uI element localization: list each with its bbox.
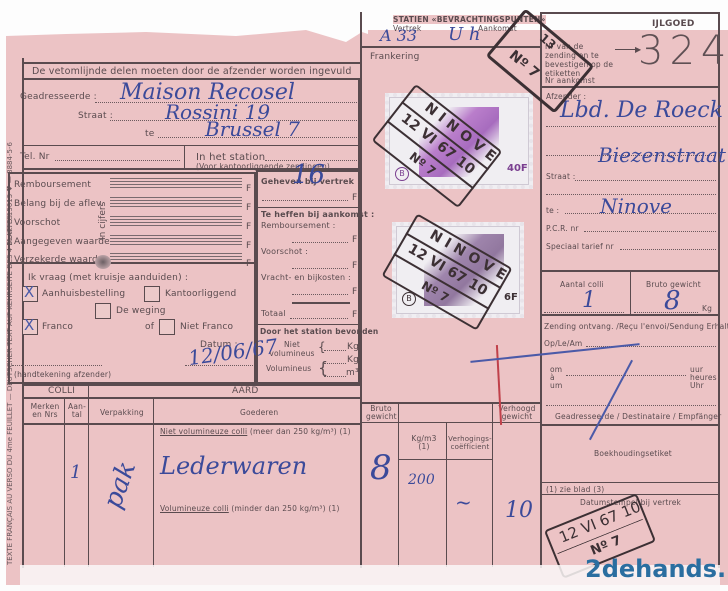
niet-volumineus-label: Niet volumineus: [268, 340, 316, 358]
in-cijfers-label: In cijfers: [98, 202, 108, 240]
consignment-number: 324: [638, 28, 728, 74]
geadresseerde-sign-line: [546, 405, 716, 406]
vertrek-value: A 33: [380, 26, 417, 45]
check-mark-icon: X: [24, 316, 34, 334]
sender-te-value: Ninove: [600, 194, 672, 218]
col-verpakking: Verpakking: [100, 408, 144, 417]
totaal-line: [290, 318, 348, 319]
verhoogd-value: 10: [505, 498, 533, 523]
aanhuisbestelling-label: Aanhuisbestelling: [42, 289, 125, 299]
datum-line: [185, 365, 253, 366]
kg-unit-1: Kg: [347, 342, 359, 352]
totaal-label: Totaal: [261, 309, 286, 318]
tel-label: Tel. Nr: [20, 152, 50, 162]
tel-divider: [184, 145, 185, 170]
total-rule: [292, 302, 350, 304]
kgm3-header-line: [398, 459, 492, 460]
footnote-label: (1) zie blad (3): [546, 485, 604, 494]
bruto-value: 8: [370, 448, 392, 488]
kantoorliggend-checkbox[interactable]: [144, 286, 160, 302]
geheven-line: [262, 200, 348, 201]
colli-weight-divider: [630, 272, 631, 316]
amount-label-voorschot: Voorschot: [14, 218, 60, 228]
col-merken: Merken en Nrs: [28, 403, 62, 419]
sender-straat-line: [575, 180, 716, 181]
watermark-logo: 2dehands.be: [585, 555, 728, 583]
volumineuze-label: Volumineuze colli: [160, 504, 229, 513]
om-line: [566, 375, 686, 376]
top-right-line: [540, 12, 720, 14]
rembourse-line: [292, 242, 348, 243]
middle-divider: [360, 12, 362, 568]
coefficient-value: ~: [455, 490, 472, 514]
vracht-line: [292, 294, 348, 295]
weights-header-line: [360, 422, 540, 423]
afzender-value: Lbd. De Roeck: [560, 98, 723, 123]
amount-lines-3: [110, 216, 242, 228]
currency-f-4: F: [246, 241, 251, 251]
col-coefficient: Verhogings-coëfficient: [448, 435, 492, 451]
volumineus-m3-line: [324, 376, 346, 377]
niet-franco-checkbox[interactable]: [159, 319, 175, 335]
signature-label: (handtekening afzender): [14, 370, 111, 379]
franco-checkbox[interactable]: X: [22, 319, 38, 335]
zending-label: Zending ontvang. /Reçu l'envoi/Sendung E…: [544, 322, 728, 331]
niet-volumineuze-note: (meer dan 250 kg/m³) (1): [250, 427, 351, 436]
currency-f-rembourse: F: [352, 235, 357, 245]
pcr-line: [584, 231, 716, 232]
currency-f-totaal: F: [352, 310, 357, 320]
straat-label: Straat :: [78, 111, 113, 121]
header-line: [22, 62, 360, 64]
stamp-value-6f: 6F: [504, 292, 518, 303]
receipt-geadresseerde-label: Geadresseerde / Destinataire / Empfänger: [555, 412, 721, 421]
col-divider-2: [88, 397, 89, 567]
niet-volumineus-line: [324, 350, 346, 351]
currency-f-2: F: [246, 203, 251, 213]
aantal-colli-line: [544, 312, 624, 313]
amount-label-rembours: Remboursement: [14, 180, 91, 190]
weging-checkbox[interactable]: [95, 303, 111, 319]
col-divider-3: [153, 397, 154, 567]
niet-franco-label: Niet Franco: [180, 322, 233, 332]
kg-unit-2: Kg: [347, 355, 359, 365]
kantoorliggend-label: Kantoorliggend: [165, 289, 236, 299]
signature-line: [12, 365, 102, 366]
volumineus-kg-line: [324, 363, 346, 364]
col-aantal: Aan-tal: [67, 403, 87, 419]
sender-straat-label: Straat :: [546, 172, 575, 181]
currency-f-voorschot: F: [352, 261, 357, 271]
op-label: Op/Le/Am: [544, 339, 582, 348]
tel-line: [55, 160, 180, 161]
col-verhoogd: Verhoogd gewicht: [498, 405, 536, 421]
currency-f-vracht: F: [352, 287, 357, 297]
aantal-value: 1: [70, 462, 81, 483]
colli-aard-divider: [88, 384, 89, 397]
col-kgm3: Kg/m3 (1): [410, 435, 438, 451]
weights-divider-1: [398, 402, 399, 567]
kg-unit-sender: Kg: [702, 304, 712, 313]
m3-unit: m³: [346, 368, 359, 378]
amount-lines-2: [110, 197, 242, 209]
speciaal-tarief-label: Speciaal tarief nr: [546, 242, 614, 251]
geadresseerde-label: Geadresseerde :: [20, 92, 97, 102]
colli-header: COLLI: [48, 386, 75, 396]
charges-divider-2: [256, 324, 360, 325]
afzender-line: [546, 126, 716, 127]
voorschot-charge-label: Voorschot :: [261, 247, 308, 256]
kgm3-value: 200: [408, 472, 435, 488]
amount-label-aangegeven: Aangegeven waarde: [14, 237, 110, 247]
col-goederen: Goederen: [240, 408, 278, 417]
geheven-value: 16: [292, 160, 325, 190]
charges-divider-1: [256, 207, 360, 208]
weights-divider-3: [492, 402, 493, 567]
rembourse-label: Rembourse­ment :: [261, 221, 336, 230]
speciaal-tarief-line: [620, 249, 716, 250]
goods-subheader-line: [22, 423, 360, 425]
vracht-label: Vracht- en bijkosten :: [261, 273, 351, 282]
aanhuisbestelling-checkbox[interactable]: X: [22, 286, 38, 302]
uur-label: uur heures Uhr: [690, 366, 717, 390]
pcr-label: P.C.R. nr: [546, 224, 579, 233]
frankering-label: Frankering: [370, 52, 420, 62]
amount-label-belang: Belang bij de aflev.: [14, 199, 104, 209]
tel-line-top: [22, 145, 360, 146]
volumineuze-note: (minder dan 250 kg/m³) (1): [231, 504, 339, 513]
amount-lines-4: [110, 235, 242, 247]
sender-te-label: te :: [546, 206, 559, 215]
volumineus-label: Volumineus: [266, 364, 311, 373]
te-heffen-label: Te heffen bij aankomst :: [261, 210, 374, 219]
volumineuze-row: Volumineuze colli (minder dan 250 kg/m³)…: [160, 504, 340, 513]
of-label: of: [145, 322, 154, 332]
aantal-colli-value: 1: [582, 288, 596, 313]
aard-header: AARD: [232, 386, 259, 396]
request-label: Ik vraag (met kruisje aanduiden) :: [28, 273, 188, 283]
notice-text: De vetomlijnde delen moeten door de afze…: [32, 66, 352, 77]
sender-straat-value: Biezenstraat 21: [598, 143, 728, 167]
weights-divider-2: [446, 422, 447, 567]
niet-volumineuze-label: Niet volumineuze colli: [160, 427, 247, 436]
goederen-value: Lederwaren: [160, 452, 307, 480]
goods-header-line: [22, 397, 360, 399]
receipt-divider: [540, 424, 720, 426]
om-label: om à um: [550, 366, 562, 390]
footnote-top-line: [540, 482, 720, 483]
weging-label: De weging: [116, 306, 166, 316]
currency-f-geheven: F: [352, 193, 357, 203]
arrow-right-icon: ▶: [635, 45, 641, 54]
te-label: te: [145, 129, 154, 139]
consignment-note: Mont. 5-15015 ♥ — 8884-5-6 TEXTE FRANÇAI…: [0, 0, 728, 591]
col-bruto: Bruto gewicht: [366, 405, 396, 421]
amount-lines-1: [110, 178, 242, 190]
boekhouding-label: Boekhoudingsetiket: [594, 449, 672, 458]
currency-f-1: F: [246, 184, 251, 194]
currency-f-3: F: [246, 222, 251, 232]
belgium-emblem-icon: B: [395, 167, 409, 181]
aankomst-value: U h: [448, 24, 480, 45]
check-mark-icon: X: [24, 283, 34, 301]
watermark-text: 2dehands.be: [585, 555, 728, 583]
franco-label: Franco: [42, 322, 73, 332]
niet-volumineuze-row: Niet volumineuze colli (meer dan 250 kg/…: [160, 427, 351, 436]
amount-lines-5: [110, 253, 242, 262]
te-value: Brussel 7: [205, 117, 300, 141]
stamp-value-40f: 40F: [507, 163, 528, 174]
col-divider-1: [64, 397, 65, 567]
sender-te-line: [565, 213, 716, 214]
voorschot-charge-line: [292, 268, 348, 269]
bruto-gewicht-line: [634, 312, 698, 313]
